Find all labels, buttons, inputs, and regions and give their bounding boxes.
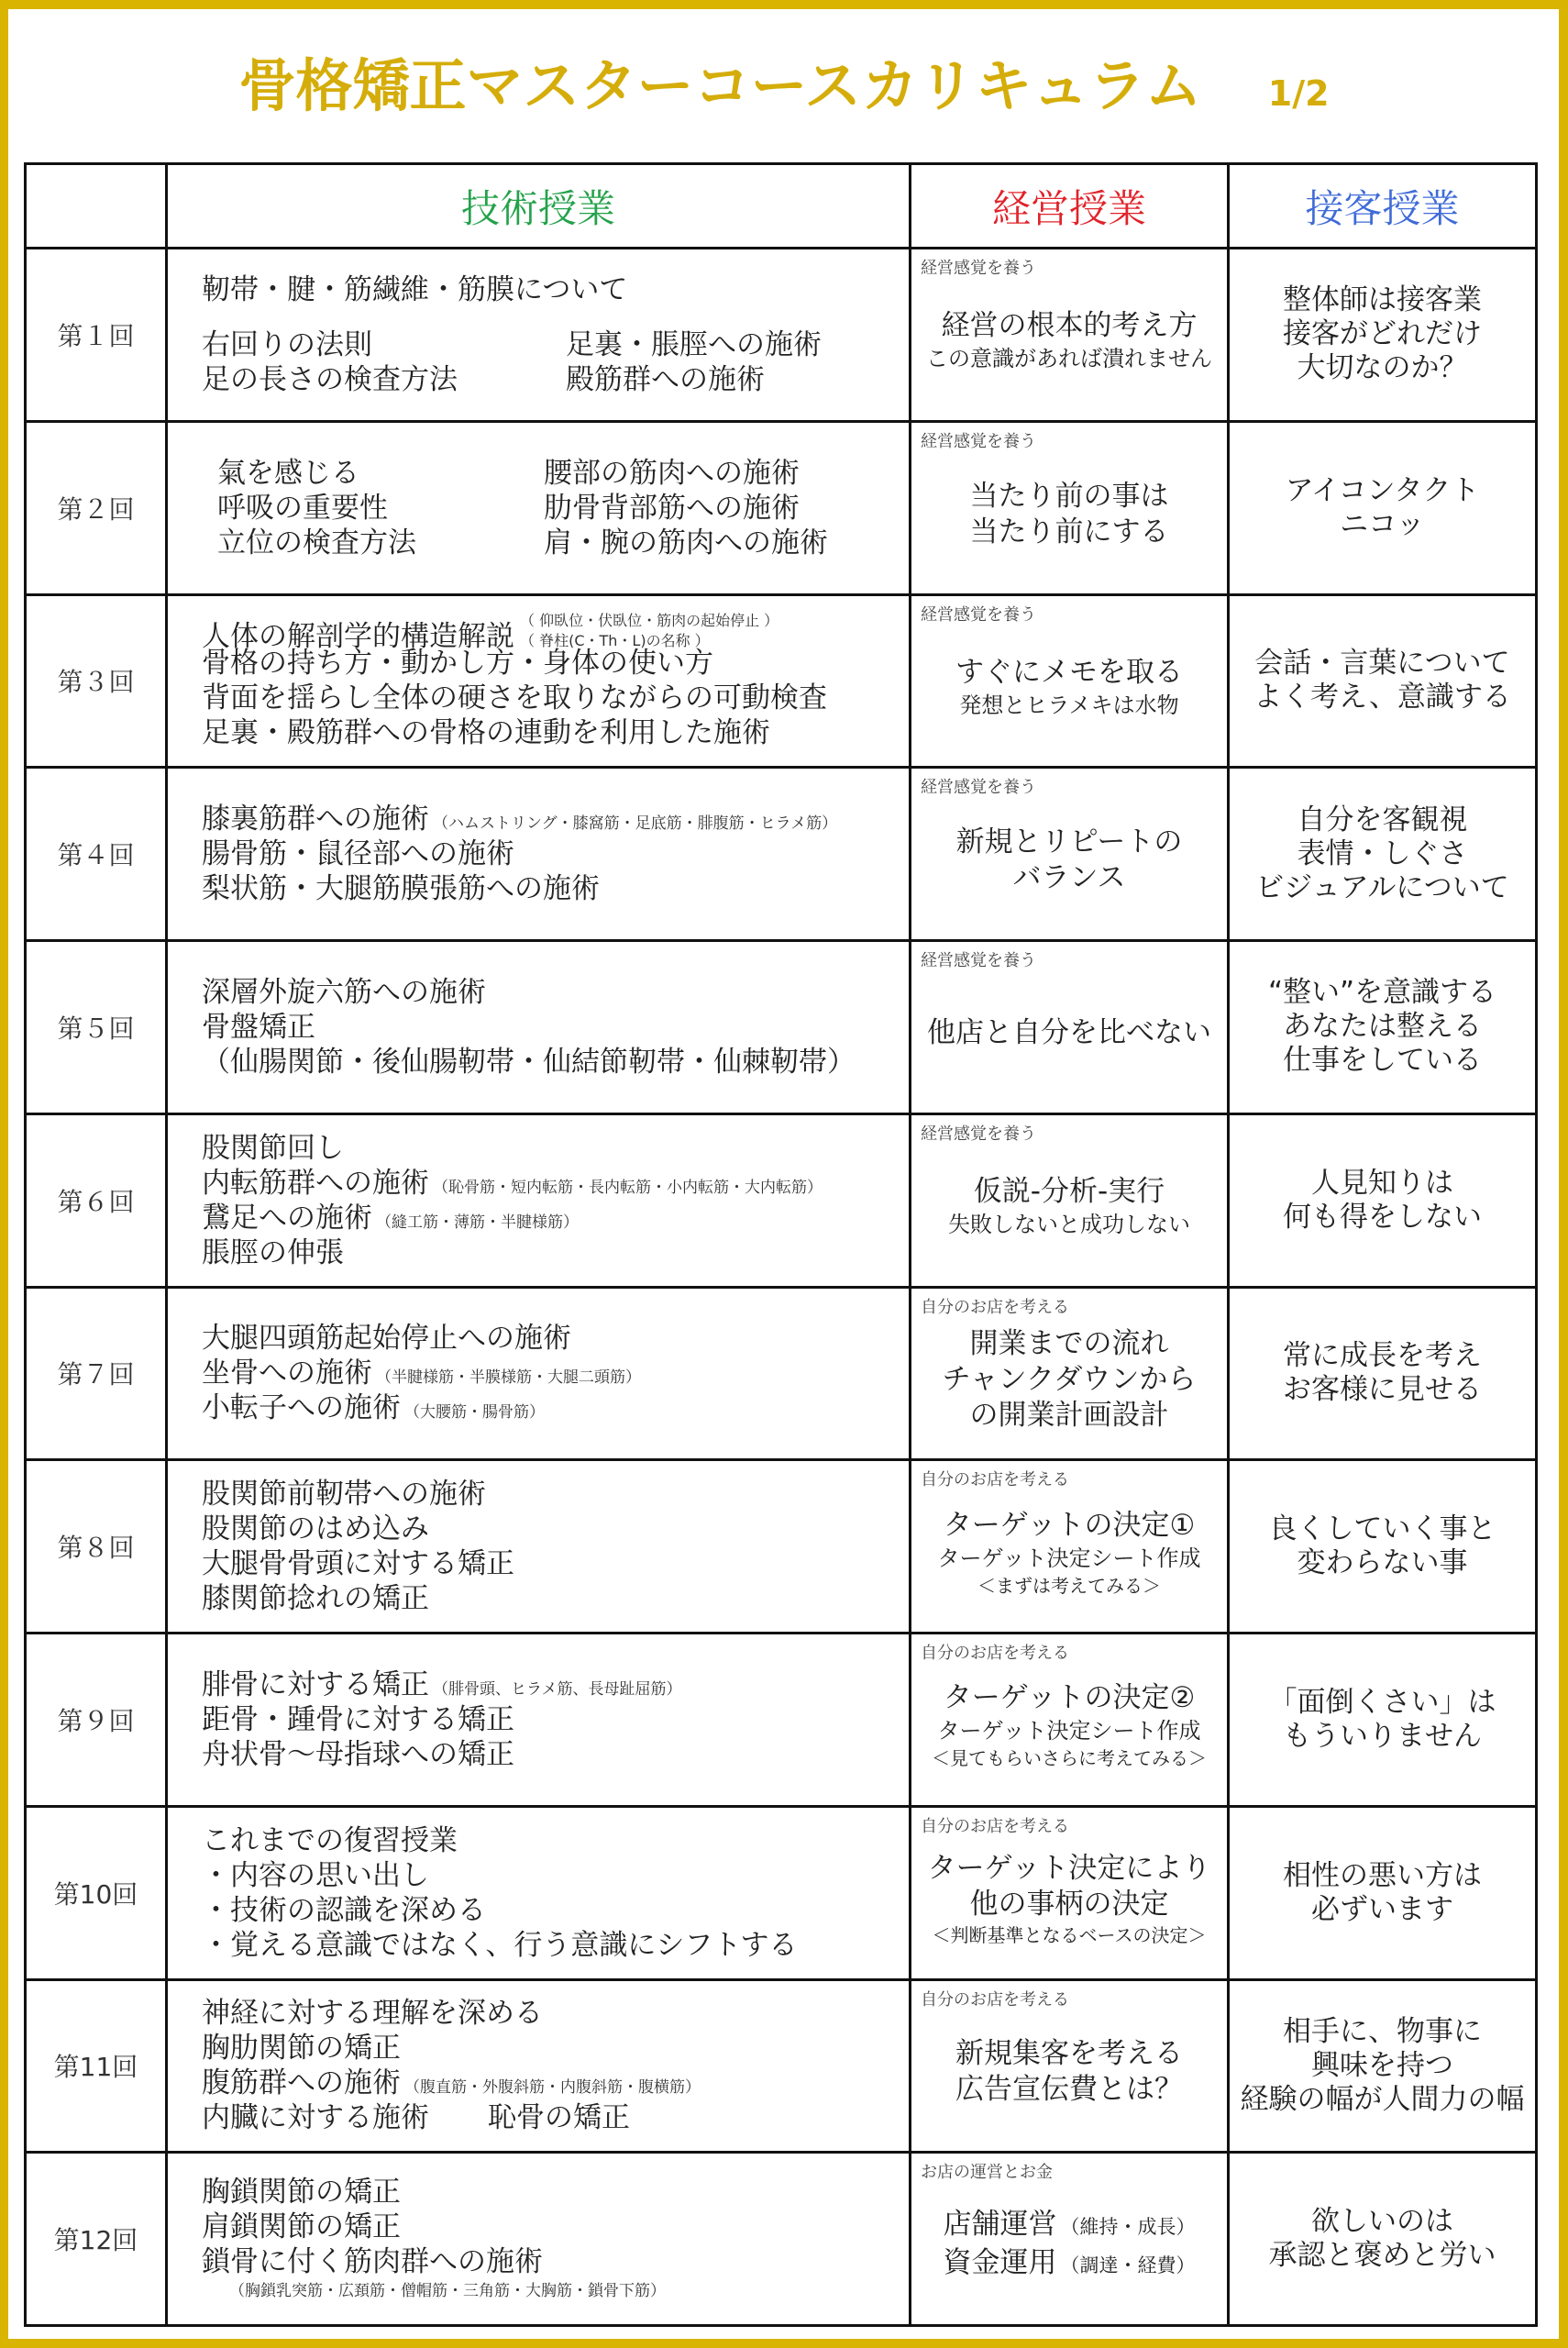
tech-line-note: （ 仰臥位・伏臥位・筋肉の起始停止 ） [520, 611, 778, 631]
business-sub: 発想とヒラメキは水物 [959, 691, 1178, 720]
session-label-text: 第10回 [54, 1875, 138, 1911]
session-label-12: 第12回 [27, 2154, 165, 2324]
tech-line-text: ・技術の認識を深める [202, 1894, 486, 1927]
tech-cell-9: 腓骨に対する矯正（腓骨頭、ヒラメ筋、長母趾屈筋） 距骨・踵骨に対する矯正 舟状骨… [168, 1634, 909, 1805]
tech-left-column: 右回りの法則 足の長さの検査方法 [202, 327, 566, 397]
tech-line: 股関節回し [202, 1131, 909, 1166]
service-line: 何も得をしない [1283, 1201, 1482, 1235]
tech-cell-8: 股関節前靭帯への施術 股関節のはめ込み 大腿骨骨頭に対する矯正 膝関節捻れの矯正 [168, 1461, 909, 1632]
business-note: ＜見てもらいさらに考えてみる＞ [932, 1745, 1207, 1771]
tech-line: 背面を揺らし全体の硬さを取りながらの可動検査 [202, 681, 909, 715]
tech-line: 呼吸の重要性 [217, 491, 544, 526]
tech-line: 殿筋群への施術 [566, 362, 822, 397]
tech-two-column: 右回りの法則 足の長さの検査方法 足裏・脹脛への施術 殿筋群への施術 [202, 327, 909, 397]
tech-line-text: 骨盤矯正 [202, 1011, 315, 1044]
tech-cell-5: 深層外旋六筋への施術 骨盤矯正 （仙腸関節・後仙腸靭帯・仙結節靭帯・仙棘靭帯） [168, 942, 909, 1113]
business-main: 開業までの流れ [970, 1326, 1169, 1362]
header-session [27, 165, 165, 247]
tech-line: 腸骨筋・鼠径部への施術 [202, 836, 909, 871]
business-sub: ターゲット決定シート作成 [937, 1716, 1200, 1745]
service-line: 欲しいのは [1311, 2205, 1453, 2239]
tech-line-text: 膝裏筋群への施術 [202, 803, 429, 836]
session-label-text: 第９回 [57, 1701, 134, 1738]
tech-line: 右回りの法則 [202, 327, 566, 362]
tech-line-text: 肩鎖関節の矯正 [202, 2210, 401, 2243]
tech-line-note: （大腰筋・腸骨筋） [404, 1403, 545, 1422]
service-cell-3: 会話・言葉について よく考え、意識する [1230, 596, 1535, 767]
session-label-text: 第７回 [57, 1355, 134, 1391]
tech-line: 肩鎖関節の矯正 [202, 2210, 909, 2244]
service-line: 相手に、物事に [1283, 2015, 1482, 2049]
business-cell-5: 経営感覚を養う 他店と自分を比べない [911, 942, 1227, 1113]
tech-cell-11: 神経に対する理解を深める 胸肋関節の矯正 腹筋群への施術（腹直筋・外腹斜筋・内腹… [168, 1981, 909, 2152]
service-line: あなたは整える [1283, 1010, 1482, 1044]
tech-cell-12: 胸鎖関節の矯正 肩鎖関節の矯正 鎖骨に付く筋肉群への施術 （胸鎖乳突筋・広頚筋・… [168, 2154, 909, 2324]
business-main: ターゲットの決定① [944, 1508, 1196, 1544]
business-main: 他の事柄の決定 [970, 1887, 1169, 1922]
tech-line: 氣を感じる [217, 456, 544, 491]
session-label-5: 第５回 [27, 942, 165, 1113]
tech-line: 股関節前靭帯への施術 [202, 1477, 909, 1512]
business-category: 自分のお店を考える [921, 1816, 1069, 1838]
tech-line-note: （半腱様筋・半膜様筋・大腿二頭筋） [376, 1368, 641, 1387]
business-cell-7: 自分のお店を考える 開業までの流れ チャンクダウンから の開業計画設計 [911, 1289, 1227, 1459]
business-main: すぐにメモを取る [955, 655, 1183, 691]
tech-line-text: 背面を揺らし全体の硬さを取りながらの可動検査 [202, 681, 827, 714]
tech-line-note: （腓骨頭、ヒラメ筋、長母趾屈筋） [433, 1680, 682, 1699]
tech-line: 鎖骨に付く筋肉群への施術 [202, 2244, 909, 2279]
tech-line-note: （ハムストリング・膝窩筋・足底筋・腓腹筋・ヒラメ筋） [433, 814, 837, 833]
business-cell-8: 自分のお店を考える ターゲットの決定① ターゲット決定シート作成 ＜まずは考えて… [911, 1461, 1227, 1632]
tech-line: これまでの復習授業 [202, 1823, 909, 1858]
service-cell-2: アイコンタクト ニコッ [1230, 423, 1535, 593]
tech-line: 梨状筋・大腿筋膜張筋への施術 [202, 871, 909, 906]
service-line: 経験の幅が人間力の幅 [1241, 2083, 1525, 2117]
business-category: 経営感覚を養う [921, 258, 1036, 280]
business-main: 当たり前の事は [970, 479, 1169, 515]
header-tech: 技術授業 [168, 165, 909, 247]
tech-line: 距骨・踵骨に対する矯正 [202, 1702, 909, 1737]
session-label-text: 第１回 [57, 316, 134, 353]
business-category: 経営感覚を養う [921, 777, 1036, 799]
session-label-7: 第７回 [27, 1289, 165, 1459]
business-main: 新規とリピートの [956, 825, 1183, 860]
business-main: 当たり前にする [970, 515, 1169, 550]
tech-cell-7: 大腿四頭筋起始停止への施術 坐骨への施術（半腱様筋・半膜様筋・大腿二頭筋） 小転… [168, 1289, 909, 1459]
service-line: アイコンタクト [1286, 474, 1480, 508]
tech-line: 舟状骨〜母指球への矯正 [202, 1737, 909, 1772]
business-main: の開業計画設計 [970, 1398, 1169, 1434]
service-line: 自分を客観視 [1297, 803, 1468, 837]
business-note: ＜判断基準となるベースの決定＞ [933, 1922, 1207, 1948]
tech-line-text: 鵞足への施術 [202, 1202, 372, 1235]
service-line: 人見知りは [1311, 1167, 1453, 1201]
header-service: 接客授業 [1230, 165, 1535, 247]
tech-line-text: これまでの復習授業 [202, 1824, 458, 1857]
session-label-text: 第２回 [57, 490, 134, 526]
tech-cell-4: 膝裏筋群への施術（ハムストリング・膝窩筋・足底筋・腓腹筋・ヒラメ筋） 腸骨筋・鼠… [168, 769, 909, 939]
service-cell-9: 「面倒くさい」は もういりません [1230, 1634, 1535, 1805]
tech-line-text: 内転筋群への施術 [202, 1167, 429, 1200]
tech-line: ・覚える意識ではなく、行う意識にシフトする [202, 1928, 909, 1963]
business-main-note: （調達・経費） [1061, 2254, 1196, 2276]
service-line: 整体師は接客業 [1283, 283, 1482, 317]
tech-line-text: 胸鎖関節の矯正 [202, 2176, 401, 2209]
service-cell-10: 相性の悪い方は 必ずいます [1230, 1808, 1535, 1978]
session-label-1: 第１回 [27, 249, 165, 420]
service-cell-8: 良くしていく事と 変わらない事 [1230, 1461, 1535, 1632]
session-label-text: 第12回 [54, 2221, 138, 2257]
service-line: ビジュアルについて [1255, 871, 1509, 905]
tech-line: 腹筋群への施術（腹直筋・外腹斜筋・内腹斜筋・腹横筋） [202, 2066, 909, 2100]
service-line: 必ずいます [1311, 1893, 1453, 1927]
session-label-text: 第11回 [54, 2047, 138, 2084]
tech-line-extra: 恥骨の矯正 [488, 2101, 630, 2134]
tech-line-text: 股関節前靭帯への施術 [202, 1478, 486, 1511]
business-main: ターゲット決定により [928, 1851, 1211, 1887]
tech-line-text: 梨状筋・大腿筋膜張筋への施術 [202, 872, 600, 905]
business-cell-10: 自分のお店を考える ターゲット決定により 他の事柄の決定 ＜判断基準となるベース… [911, 1808, 1227, 1978]
business-main-note: （維持・成長） [1061, 2216, 1196, 2238]
page-number: 1/2 [1268, 59, 1330, 128]
tech-line: 内臓に対する施術恥骨の矯正 [202, 2100, 909, 2135]
tech-line-text: 腹筋群への施術 [202, 2066, 401, 2099]
tech-line: 足の長さの検査方法 [202, 362, 566, 397]
curriculum-table: 技術授業 経営授業 接客授業 第１回 靭帯・腱・筋繊維・筋膜について 右回りの法… [24, 162, 1538, 2327]
tech-line: 腓骨に対する矯正（腓骨頭、ヒラメ筋、長母趾屈筋） [202, 1667, 909, 1702]
business-category: お店の運営とお金 [921, 2162, 1053, 2184]
business-category: 経営感覚を養う [921, 950, 1036, 972]
session-label-11: 第11回 [27, 1981, 165, 2152]
service-cell-12: 欲しいのは 承認と褒めと労い [1230, 2154, 1535, 2324]
tech-cell-2: 氣を感じる 呼吸の重要性 立位の検査方法 腰部の筋肉への施術 肋骨背部筋への施術… [168, 423, 909, 593]
service-line: 仕事をしている [1283, 1044, 1482, 1078]
service-line: 興味を持つ [1311, 2049, 1453, 2083]
business-main: 新規集客を考える [955, 2036, 1183, 2072]
tech-line: 靭帯・腱・筋繊維・筋膜について [202, 272, 909, 307]
tech-line: 坐骨への施術（半腱様筋・半膜様筋・大腿二頭筋） [202, 1356, 909, 1390]
tech-line-note: （縫工筋・薄筋・半腱様筋） [376, 1213, 579, 1232]
tech-line: ・内容の思い出し [202, 1858, 909, 1893]
tech-line: （仙腸関節・後仙腸靭帯・仙結節靭帯・仙棘靭帯） [202, 1045, 909, 1080]
business-cell-2: 経営感覚を養う 当たり前の事は 当たり前にする [911, 423, 1227, 593]
tech-line: 肋骨背部筋への施術 [544, 491, 828, 526]
tech-line-text: 距骨・踵骨に対する矯正 [202, 1703, 514, 1736]
service-line: お客様に見せる [1283, 1373, 1482, 1407]
tech-line-text: 脹脛の伸張 [202, 1236, 344, 1269]
business-cell-9: 自分のお店を考える ターゲットの決定② ターゲット決定シート作成 ＜見てもらいさ… [911, 1634, 1227, 1805]
service-line: ニコッ [1340, 508, 1424, 542]
tech-line-text: 大腿骨骨頭に対する矯正 [202, 1547, 514, 1580]
tech-line: 胸肋関節の矯正 [202, 2031, 909, 2066]
session-label-2: 第２回 [27, 423, 165, 593]
tech-line: 膝関節捻れの矯正 [202, 1581, 909, 1616]
tech-line-text: 足裏・殿筋群への骨格の連動を利用した施術 [202, 716, 770, 749]
session-label-text: 第６回 [57, 1182, 134, 1219]
tech-line-text: 腓骨に対する矯正 [202, 1668, 429, 1701]
session-label-text: 第５回 [57, 1009, 134, 1046]
tech-line: 足裏・殿筋群への骨格の連動を利用した施術 [202, 715, 909, 750]
tech-line-text: 内臓に対する施術 [202, 2101, 429, 2134]
tech-line-text: 胸肋関節の矯正 [202, 2032, 401, 2065]
business-category: 自分のお店を考える [921, 1989, 1069, 2011]
tech-line: ・技術の認識を深める [202, 1893, 909, 1928]
business-cell-1: 経営感覚を養う 経営の根本的考え方 この意識があれば潰れません [911, 249, 1227, 420]
tech-line-text: ・覚える意識ではなく、行う意識にシフトする [202, 1929, 797, 1962]
tech-line: 人体の解剖学的構造解説（ 仰臥位・伏臥位・筋肉の起始停止 ）（ 脊柱(C・Th・… [202, 611, 909, 646]
tech-line: 膝裏筋群への施術（ハムストリング・膝窩筋・足底筋・腓腹筋・ヒラメ筋） [202, 802, 909, 836]
business-category: 自分のお店を考える [921, 1297, 1069, 1319]
tech-line: 小転子への施術（大腰筋・腸骨筋） [202, 1390, 909, 1425]
service-line: もういりません [1283, 1720, 1482, 1754]
tech-line: 股関節のはめ込み [202, 1512, 909, 1546]
tech-line: 神経に対する理解を深める [202, 1996, 909, 2031]
tech-line: 胸鎖関節の矯正 [202, 2175, 909, 2210]
tech-line-text: 舟状骨〜母指球への矯正 [202, 1738, 514, 1771]
tech-line: 足裏・脹脛への施術 [566, 327, 822, 362]
header-business: 経営授業 [911, 165, 1227, 247]
business-cell-11: 自分のお店を考える 新規集客を考える 広告宣伝費とは？ [911, 1981, 1227, 2152]
tech-line: 大腿四頭筋起始停止への施術 [202, 1321, 909, 1356]
business-main: 店舗運営（維持・成長） [944, 2207, 1196, 2245]
tech-line-text: 骨格の持ち方・動かし方・身体の使い方 [202, 647, 713, 680]
session-label-4: 第４回 [27, 769, 165, 939]
title-text: 骨格矯正マスターコースカリキュラム [238, 51, 1201, 121]
business-sub: この意識があれば潰れません [926, 344, 1212, 373]
tech-line: 内転筋群への施術（恥骨筋・短内転筋・長内転筋・小内転筋・大内転筋） [202, 1166, 909, 1201]
service-cell-11: 相手に、物事に 興味を持つ 経験の幅が人間力の幅 [1230, 1981, 1535, 2152]
tech-line-text: 股関節のはめ込み [202, 1512, 429, 1545]
session-label-8: 第８回 [27, 1461, 165, 1632]
business-main: 仮説-分析-実行 [974, 1174, 1165, 1210]
session-label-3: 第３回 [27, 596, 165, 767]
service-line: 接客がどれだけ [1283, 317, 1482, 351]
service-line: よく考え、意識する [1253, 681, 1511, 714]
tech-two-column: 氣を感じる 呼吸の重要性 立位の検査方法 腰部の筋肉への施術 肋骨背部筋への施術… [202, 456, 909, 560]
tech-line-text: 股関節回し [202, 1132, 344, 1165]
page-title: 骨格矯正マスターコースカリキュラム 1/2 [0, 51, 1568, 128]
business-main: 資金運用（調達・経費） [944, 2245, 1196, 2284]
service-cell-5: “整い”を意識する あなたは整える 仕事をしている [1230, 942, 1535, 1113]
business-sub: ターゲット決定シート作成 [937, 1544, 1200, 1573]
tech-line: 腰部の筋肉への施術 [544, 456, 828, 491]
service-line: 常に成長を考え [1283, 1339, 1482, 1373]
tech-line: 肩・腕の筋肉への施術 [544, 526, 828, 560]
business-sub: 失敗しないと成功しない [948, 1210, 1190, 1239]
tech-line-text: 腸骨筋・鼠径部への施術 [202, 837, 514, 870]
tech-right-column: 腰部の筋肉への施術 肋骨背部筋への施術 肩・腕の筋肉への施術 [544, 456, 828, 560]
tech-line: 立位の検査方法 [217, 526, 544, 560]
service-cell-6: 人見知りは 何も得をしない [1230, 1115, 1535, 1286]
tech-line-text: 大腿四頭筋起始停止への施術 [202, 1322, 571, 1355]
business-category: 自分のお店を考える [921, 1469, 1069, 1491]
business-main-text: 資金運用 [944, 2246, 1057, 2279]
business-cell-6: 経営感覚を養う 仮説-分析-実行 失敗しないと成功しない [911, 1115, 1227, 1286]
service-cell-1: 整体師は接客業 接客がどれだけ 大切なのか？ [1230, 249, 1535, 420]
business-main: 他店と自分を比べない [927, 1015, 1211, 1051]
business-main-text: 店舗運営 [944, 2208, 1057, 2241]
tech-line-text: 神経に対する理解を深める [202, 1997, 543, 2030]
tech-line: 深層外旋六筋への施術 [202, 975, 909, 1010]
tech-line: 脹脛の伸張 [202, 1235, 909, 1270]
header-business-label: 経営授業 [992, 179, 1146, 234]
service-line: 「面倒くさい」は [1269, 1686, 1496, 1720]
header-service-label: 接客授業 [1305, 179, 1459, 234]
tech-line: 鵞足への施術（縫工筋・薄筋・半腱様筋） [202, 1201, 909, 1235]
tech-cell-10: これまでの復習授業 ・内容の思い出し ・技術の認識を深める ・覚える意識ではなく… [168, 1808, 909, 1978]
service-line: 承認と褒めと労い [1269, 2239, 1496, 2273]
service-cell-4: 自分を客観視 表情・しぐさ ビジュアルについて [1230, 769, 1535, 939]
tech-cell-3: 人体の解剖学的構造解説（ 仰臥位・伏臥位・筋肉の起始停止 ）（ 脊柱(C・Th・… [168, 596, 909, 767]
session-label-10: 第10回 [27, 1808, 165, 1978]
tech-line-text: 小転子への施術 [202, 1391, 401, 1424]
tech-left-column: 氣を感じる 呼吸の重要性 立位の検査方法 [217, 456, 544, 560]
header-tech-label: 技術授業 [461, 179, 615, 234]
tech-line-note: （腹直筋・外腹斜筋・内腹斜筋・腹横筋） [404, 2078, 701, 2097]
tech-line-text: 膝関節捻れの矯正 [202, 1582, 429, 1615]
business-category: 経営感覚を養う [921, 431, 1036, 453]
service-line: 良くしていく事と [1269, 1512, 1496, 1546]
business-category: 自分のお店を考える [921, 1643, 1069, 1665]
business-main: バランス [1012, 860, 1125, 896]
business-cell-4: 経営感覚を養う 新規とリピートの バランス [911, 769, 1227, 939]
service-line: 変わらない事 [1297, 1546, 1468, 1580]
service-cell-7: 常に成長を考え お客様に見せる [1230, 1289, 1535, 1459]
business-cell-3: 経営感覚を養う すぐにメモを取る 発想とヒラメキは水物 [911, 596, 1227, 767]
business-cell-12: お店の運営とお金 店舗運営（維持・成長） 資金運用（調達・経費） [911, 2154, 1227, 2324]
tech-line-note: （恥骨筋・短内転筋・長内転筋・小内転筋・大内転筋） [433, 1179, 823, 1197]
business-note: ＜まずは考えてみる＞ [977, 1573, 1161, 1599]
service-line: 大切なのか？ [1297, 351, 1468, 385]
tech-cell-6: 股関節回し 内転筋群への施術（恥骨筋・短内転筋・長内転筋・小内転筋・大内転筋） … [168, 1115, 909, 1286]
tech-line: 骨格の持ち方・動かし方・身体の使い方 [202, 646, 909, 681]
service-line: 相性の悪い方は [1283, 1859, 1482, 1893]
session-label-text: 第８回 [57, 1528, 134, 1565]
session-label-text: 第３回 [57, 662, 134, 699]
business-main: ターゲットの決定② [944, 1680, 1196, 1716]
tech-line-text: 深層外旋六筋への施術 [202, 976, 486, 1009]
tech-line-text: （仙腸関節・後仙腸靭帯・仙結節靭帯・仙棘靭帯） [202, 1046, 856, 1079]
session-label-9: 第９回 [27, 1634, 165, 1805]
tech-footnote: （胸鎖乳突筋・広頚筋・僧帽筋・三角筋・大胸筋・鎖骨下筋） [202, 2279, 909, 2303]
service-line: 会話・言葉について [1254, 647, 1509, 681]
tech-right-column: 足裏・脹脛への施術 殿筋群への施術 [566, 327, 822, 397]
tech-line-text: ・内容の思い出し [202, 1859, 429, 1892]
business-main: 広告宣伝費とは？ [955, 2072, 1183, 2108]
tech-line: 大腿骨骨頭に対する矯正 [202, 1546, 909, 1581]
session-label-text: 第４回 [57, 836, 134, 872]
tech-line-text: 鎖骨に付く筋肉群への施術 [202, 2245, 543, 2278]
service-line: 表情・しぐさ [1297, 837, 1468, 871]
tech-cell-1: 靭帯・腱・筋繊維・筋膜について 右回りの法則 足の長さの検査方法 足裏・脹脛への… [168, 249, 909, 420]
business-category: 経営感覚を養う [921, 1124, 1036, 1146]
business-main: チャンクダウンから [943, 1362, 1197, 1398]
tech-line-text: 坐骨への施術 [202, 1357, 372, 1390]
business-main: 経営の根本的考え方 [942, 308, 1198, 344]
tech-line: 骨盤矯正 [202, 1010, 909, 1045]
session-label-6: 第６回 [27, 1115, 165, 1286]
business-category: 経営感覚を養う [921, 604, 1036, 626]
service-line: “整い”を意識する [1268, 976, 1496, 1010]
